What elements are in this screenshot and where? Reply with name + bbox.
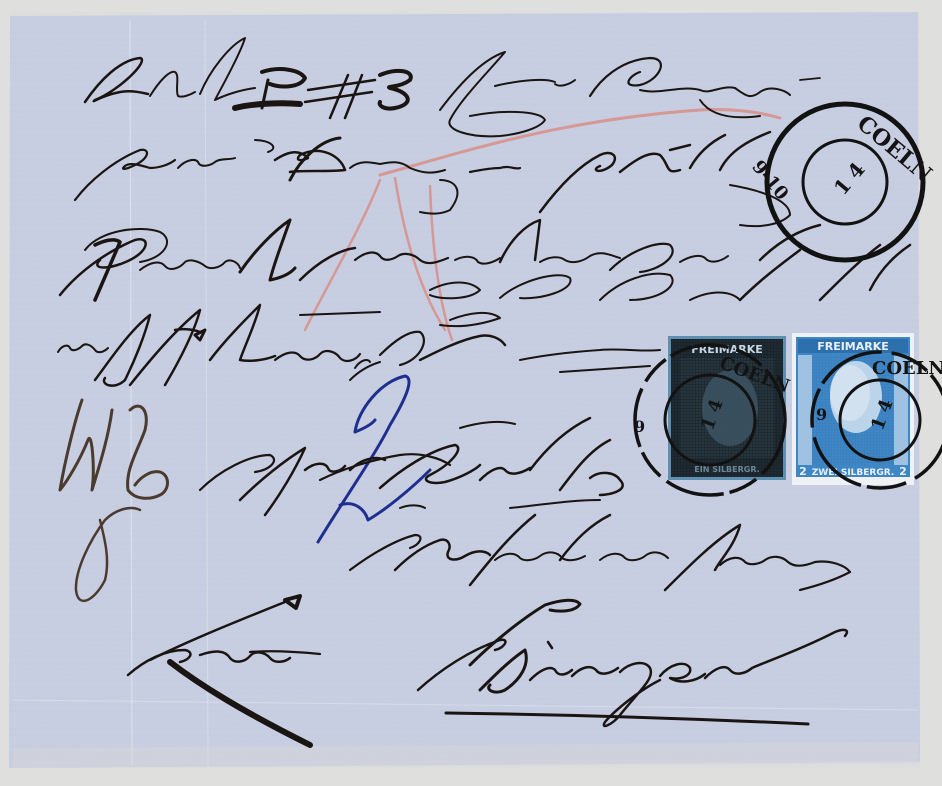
transcript-blue-mark: 2: [339, 465, 350, 484]
transcript-line-1: Anbei P # 3 ein Paquet: [78, 85, 268, 104]
stamp-denomination-left: 2: [799, 465, 807, 478]
stamp-value: EIN SILBERGR.: [694, 465, 759, 474]
postal-cover-scan: COELN 1 4 9-10 FREIMARKE EIN SILBERGR. F…: [0, 0, 942, 786]
postmark-time: 9: [816, 405, 827, 424]
stamp-value: ZWEI SILBERGR.: [812, 468, 895, 478]
transcript-city-prefix: Zu: [149, 645, 171, 664]
transcript-brown-mark: WL: [70, 445, 97, 464]
transcript-line-4: von J. J. Langen & Söhne: [60, 345, 260, 364]
postmark-time: 9: [634, 417, 645, 436]
transcript-line-2: grün Papier enthält: [80, 165, 239, 184]
transcript-line-3: Proben. Verpackung aufs Ges: [59, 265, 299, 284]
transcript-city: Bingen: [429, 665, 487, 684]
postmark-town: COELN: [872, 358, 942, 379]
transcript-occupation: Kaufmannsfrau: [349, 545, 475, 564]
transcript-recipient: Joh. Zecht: [197, 465, 283, 484]
stamp-denomination-right: 2: [899, 465, 907, 478]
